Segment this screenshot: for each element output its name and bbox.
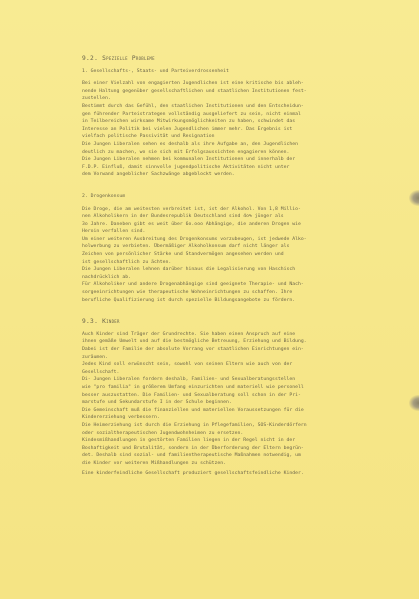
text-line: Zeichen von persönlicher Stärke und Stan… <box>82 251 382 259</box>
text-line: nende Haltung gegenüber gesellschaftlich… <box>82 88 382 96</box>
text-line: zustellen. <box>82 95 382 103</box>
subsection-2-text: Die Droge, die am weitesten verbreitet i… <box>82 206 382 305</box>
text-line: nen Alkoholikern in der Bundesrepublik D… <box>82 213 382 221</box>
text-line: in Teilbereichen wirksame Mitwirkungsmög… <box>82 118 382 126</box>
text-line: Eine kinderfeindliche Gesellschaft produ… <box>82 470 382 478</box>
text-line: Um einer weiteren Ausbreitung des Drogen… <box>82 236 382 244</box>
text-line: 3o Jahre. Daneben gibt es weit über 6o.o… <box>82 221 382 229</box>
text-line: Kindererziehung verbessern. <box>82 414 382 422</box>
text-line: wie "pro familia" in größerem Umfang ein… <box>82 384 382 392</box>
text-line: zuräumen. <box>82 354 382 362</box>
text-line: Jedes Kind soll erwünscht sein, sowohl v… <box>82 361 382 369</box>
text-line: die Kinder vor weiteren Mißhandlungen zu… <box>82 460 382 468</box>
punch-hole <box>409 190 419 206</box>
subsection-heading-2: 2. Drogenkonsum <box>82 193 382 201</box>
text-line: Die Heimerziehung ist durch die Erziehun… <box>82 422 382 430</box>
text-line: Für Alkoholiker und andere Drogenabhängi… <box>82 281 382 289</box>
spacer <box>82 179 382 193</box>
text-line: Kindesmißhandlungen in gestörten Familie… <box>82 437 382 445</box>
text-line: dem Vorwand angeblicher Sachzwänge abgeb… <box>82 171 382 179</box>
text-line: Heroin verfallen sind. <box>82 228 382 236</box>
text-line: Boshaftigkeit und Brutalität, sondern in… <box>82 445 382 453</box>
document-page: 9.2. Spezielle Probleme 1. Gesellschafts… <box>0 0 419 599</box>
text-line: det. Deshalb sind sozial- und familienth… <box>82 452 382 460</box>
text-line: Die Jungen Liberalen nehmen bei kommunal… <box>82 156 382 164</box>
text-line: Die Jungen Liberalen lehnen darüber hina… <box>82 266 382 274</box>
text-line: sorgeeinrichtungen wie therapeutische Wo… <box>82 289 382 297</box>
text-line: Die Gemeinschaft muß die finanziellen un… <box>82 407 382 415</box>
text-line: ihnen gemäße Umwelt und auf die bestmögl… <box>82 338 382 346</box>
text-line: nachdrücklich ab. <box>82 274 382 282</box>
text-line: Di- Jungen Liberalen fordern deshalb, Fa… <box>82 376 382 384</box>
text-line: F.D.P. Einfluß, damit sinnvolle jugendpo… <box>82 164 382 172</box>
section-heading-9-2: 9.2. Spezielle Probleme <box>82 55 382 63</box>
text-line: holwerbung zu verbieten. Übermäßiger Alk… <box>82 243 382 251</box>
spacer <box>82 304 382 318</box>
text-line: vielfach politische Passivität und Resig… <box>82 133 382 141</box>
text-line: berufliche Qualifizierung ist durch spez… <box>82 297 382 305</box>
text-line: besser auszustatten. Die Familien- und S… <box>82 392 382 400</box>
text-line: Die Droge, die am weitesten verbreitet i… <box>82 206 382 214</box>
text-line: Die Jungen Liberalen sehen es deshalb al… <box>82 141 382 149</box>
text-line: Bei einer Vielzahl von engagierten Jugen… <box>82 80 382 88</box>
document-body: 9.2. Spezielle Probleme 1. Gesellschafts… <box>82 55 382 477</box>
text-line: marstufe und Sekundarstufe I in der Schu… <box>82 399 382 407</box>
text-line: deutlich zu machen, wo sie sich mit Erfo… <box>82 149 382 157</box>
subsection-1-text: Bei einer Vielzahl von engagierten Jugen… <box>82 80 382 179</box>
section-9-3-text: Auch Kinder sind Träger der Grundrechte.… <box>82 331 382 477</box>
punch-hole <box>409 395 419 411</box>
text-line: Dabei ist der Familie der absolute Vorra… <box>82 346 382 354</box>
text-line: Interesse an Politik bei vielen Jugendli… <box>82 126 382 134</box>
text-line: gen führender Parteistrategen vollständi… <box>82 111 382 119</box>
subsection-heading-1: 1. Gesellschafts-, Staats- und Parteiver… <box>82 68 382 76</box>
text-line: ist gesellschaftlich zu ächten. <box>82 259 382 267</box>
text-line: Auch Kinder sind Träger der Grundrechte.… <box>82 331 382 339</box>
text-line: oder sozialtherapeutischen Jugendwohnhei… <box>82 430 382 438</box>
section-heading-9-3: 9.3. Kinder <box>82 318 382 326</box>
text-line: Gesellschaft. <box>82 369 382 377</box>
text-line: Bestimmt durch das Gefühl, den staatlich… <box>82 103 382 111</box>
